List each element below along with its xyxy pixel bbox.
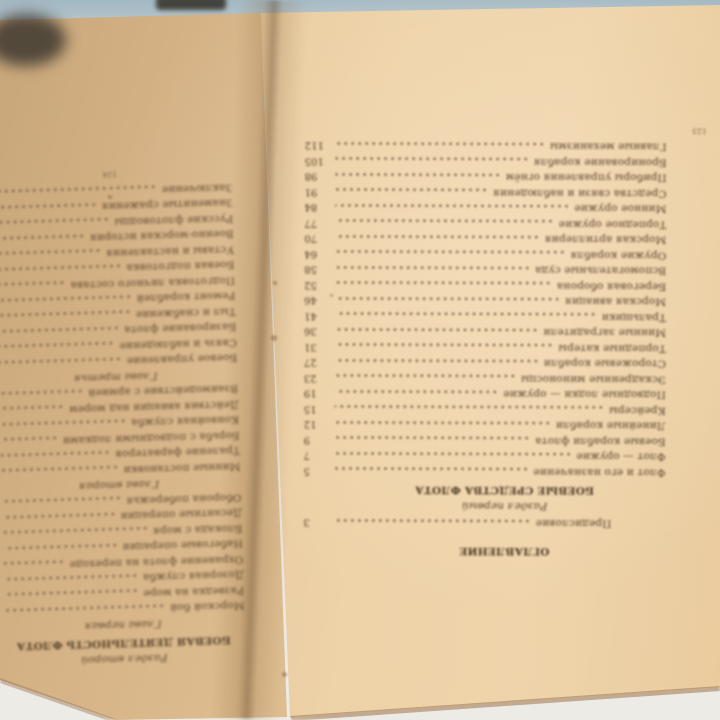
page-number: 70	[304, 230, 330, 246]
leader-dots	[335, 357, 538, 364]
leader-dots	[0, 202, 96, 211]
leader-dots	[2, 495, 120, 504]
leader-dots	[335, 233, 538, 240]
toc-row-title: ОГЛАВЛЕНИЕ	[297, 542, 711, 559]
page-number: 7	[304, 447, 330, 463]
page-number: 41	[304, 308, 330, 324]
leader-dots	[335, 202, 568, 209]
leader-dots	[0, 233, 84, 242]
page-number: 3	[303, 514, 329, 530]
entry-label: Торпедные катеры	[558, 340, 666, 356]
leader-dots	[335, 295, 559, 302]
leader-dots	[0, 341, 113, 350]
book-photo: ОГЛАВЛЕНИЕПредисловие3Раздел первыйБОЕВЫ…	[0, 0, 720, 720]
toc-row-entry: Береговая оборона52	[298, 277, 712, 294]
entry-label: Приборы управления огнём	[506, 169, 667, 185]
stain-dot	[271, 335, 277, 341]
leader-dots	[0, 280, 64, 288]
head-label: БОЕВЫЕ СРЕДСТВА ФЛОТА	[415, 482, 594, 498]
toc-row-part: Раздел первый	[297, 497, 711, 514]
entry-label: Ремонт кораблей	[136, 287, 235, 305]
page-number: 52	[304, 277, 330, 293]
entry-label: Сторожевые корабли	[544, 355, 666, 371]
entry-label: Флот — оружие	[576, 448, 665, 464]
entry-label: Морская авиация	[565, 293, 666, 309]
stain-dot	[282, 672, 287, 677]
page-number: 12	[304, 416, 330, 432]
toc-row-entry: Тральщики41	[298, 308, 712, 325]
leader-dots	[0, 404, 63, 412]
toc-row-entry: Предисловие3	[297, 514, 711, 531]
entry-label: Торпедное оружие	[558, 216, 666, 232]
leader-dots	[335, 373, 515, 380]
toc-row-entry: Вспомогательные суда58	[298, 261, 712, 278]
part-label: Раздел первый	[462, 497, 548, 513]
toc-row-head: БОЕВЫЕ СРЕДСТВА ФЛОТА	[297, 481, 711, 498]
page-number: 84	[304, 199, 330, 215]
toc-row-entry: Флот — оружие7	[298, 447, 712, 464]
page-number: 91	[304, 184, 330, 200]
page-number: 64	[304, 246, 330, 262]
entry-label: Главные механизмы	[550, 138, 667, 154]
page-number: 46	[304, 292, 330, 308]
toc-row-entry: Бронирование корабля105	[299, 153, 713, 170]
leader-dots	[336, 187, 487, 194]
leader-dots	[4, 542, 117, 551]
leader-dots	[0, 184, 156, 195]
leader-dots	[335, 326, 537, 333]
entry-label: Заключение	[161, 179, 232, 197]
leader-dots	[335, 435, 529, 442]
page-number: 23	[304, 370, 330, 386]
leader-dots	[336, 140, 544, 147]
entry-label: Линейные корабли	[556, 417, 666, 433]
entry-label: Эскадренные миноносцы	[521, 371, 666, 387]
chapter-label: Глава первая	[84, 615, 161, 633]
page-number: 15	[304, 401, 330, 417]
leader-dots	[1, 464, 117, 473]
entry-label: Морской бой	[170, 597, 245, 615]
toc-row-entry: Торпедное оружие77	[298, 215, 712, 232]
toc-rows: Раздел второйБОЕВАЯ ДЕЯТЕЛЬНОСТЬ ФЛОТАГл…	[0, 178, 274, 670]
leader-dots	[0, 309, 130, 319]
toc-row-entry: Боевые корабли флота9	[298, 432, 712, 449]
page-number: 58	[304, 261, 330, 277]
leader-dots	[336, 156, 528, 163]
entry-label: Минные заградители	[543, 324, 666, 340]
entry-label: Боевая подготовка	[126, 256, 235, 275]
leader-dots	[3, 526, 147, 536]
entry-label: Вспомогательные суда	[535, 262, 666, 278]
entry-label: Средства связи и наблюдения	[493, 184, 667, 200]
entry-label: Тральщики	[602, 309, 667, 325]
leader-dots	[335, 311, 596, 318]
leader-dots	[335, 280, 551, 287]
toc-row-entry: Средства связи и наблюдения91	[298, 184, 712, 201]
entry-label: Разведка на море	[143, 582, 244, 600]
leader-dots	[335, 249, 564, 256]
cover-edge	[156, 0, 226, 10]
toc-row-entry: Подводные лодки — оружие19	[298, 385, 712, 402]
entry-label: Блокада с моря	[153, 520, 243, 538]
leader-dots	[335, 419, 550, 426]
page-number: 117	[0, 605, 1, 621]
entry-label: Флот и его назначение	[533, 464, 665, 480]
leader-dots	[1, 435, 57, 443]
leader-dots	[335, 342, 552, 349]
page-number: 77	[304, 215, 330, 231]
toc-row-entry: Флот и его назначение5	[298, 463, 712, 480]
toc-row-entry: Крейсеры15	[298, 401, 712, 418]
page-number: 105	[305, 153, 331, 169]
leader-dots	[3, 511, 115, 520]
page-number: 36	[304, 323, 330, 339]
leader-dots	[5, 588, 137, 598]
leader-dots	[335, 218, 552, 225]
entry-label: Боевые корабли флота	[535, 433, 666, 449]
toc-row-entry: Минное оружие84	[298, 199, 712, 216]
leader-dots	[0, 325, 118, 335]
page-number: 5	[304, 463, 330, 479]
toc-page-right: ОГЛАВЛЕНИЕПредисловие3Раздел первыйБОЕВЫ…	[297, 115, 713, 562]
entry-label: Бронирование корабля	[534, 154, 667, 170]
toc-row-entry: Оружие корабля64	[298, 246, 712, 263]
entry-label: Дозорная служба	[143, 566, 244, 584]
leader-dots	[1, 449, 110, 458]
entry-label: Минное оружие	[574, 200, 666, 216]
folio-number: 123	[299, 125, 713, 135]
toc-page-left: Раздел второйБОЕВАЯ ДЕЯТЕЛЬНОСТЬ ФЛОТАГл…	[0, 96, 274, 673]
page-number: 9	[304, 432, 330, 448]
chapter-label: Глава вторая	[79, 476, 160, 494]
entry-label: Оружие корабля	[570, 247, 666, 263]
leader-dots	[335, 388, 497, 395]
leader-dots	[0, 263, 120, 273]
stain-dot	[273, 281, 277, 285]
page-number: 27	[304, 354, 330, 370]
entry-label: Конвойная служба	[131, 411, 239, 430]
page-number: 31	[304, 339, 330, 355]
leader-dots	[0, 294, 131, 304]
entry-label: Подводные лодки — оружие	[503, 386, 666, 402]
leader-dots	[0, 248, 100, 257]
entry-label: Морская артиллерия	[545, 231, 667, 247]
toc-row-entry: Главные механизмы112	[299, 137, 713, 154]
leader-dots	[0, 388, 82, 396]
entry-label: Береговая оборона	[557, 278, 667, 294]
page-number: 19	[304, 385, 330, 401]
entry-label: Боевое управление	[126, 349, 237, 368]
entry-label: Предисловие	[536, 515, 612, 531]
toc-row-entry: Морская авиация46	[298, 292, 712, 309]
toc-row-entry: Торпедные катеры31	[298, 339, 712, 356]
leader-dots	[0, 217, 108, 226]
title-label: ОГЛАВЛЕНИЕ	[459, 542, 549, 558]
leader-dots	[335, 466, 528, 473]
page-number: 112	[305, 137, 331, 153]
toc-row-entry: Приборы управления огнём98	[299, 168, 713, 185]
leader-dots	[0, 418, 125, 428]
entry-label: Крейсеры	[609, 402, 666, 418]
toc-row-entry: Сторожевые корабли27	[298, 354, 712, 371]
leader-dots	[4, 559, 63, 567]
toc-row-entry: Морская артиллерия70	[298, 230, 712, 247]
leader-dots	[6, 603, 164, 614]
leader-dots	[335, 404, 603, 411]
leader-dots	[5, 572, 137, 582]
toc-row-entry: Эскадренные миноносцы23	[298, 370, 712, 387]
leader-dots	[336, 171, 500, 178]
leader-dots	[335, 264, 529, 271]
toc-row-entry: Минные заградители36	[298, 323, 712, 340]
entry-label: Тыл и снабжение	[135, 303, 236, 321]
part-label: Раздел второй	[81, 649, 168, 667]
chapter-label: Глава третья	[74, 367, 158, 385]
leader-dots	[335, 450, 571, 457]
leader-dots	[334, 517, 529, 524]
toc-rows: ОГЛАВЛЕНИЕПредисловие3Раздел первыйБОЕВЫ…	[297, 137, 712, 558]
toc-row-entry: Линейные корабли12	[298, 416, 712, 433]
leader-dots	[0, 356, 121, 366]
page-number: 98	[305, 168, 331, 184]
